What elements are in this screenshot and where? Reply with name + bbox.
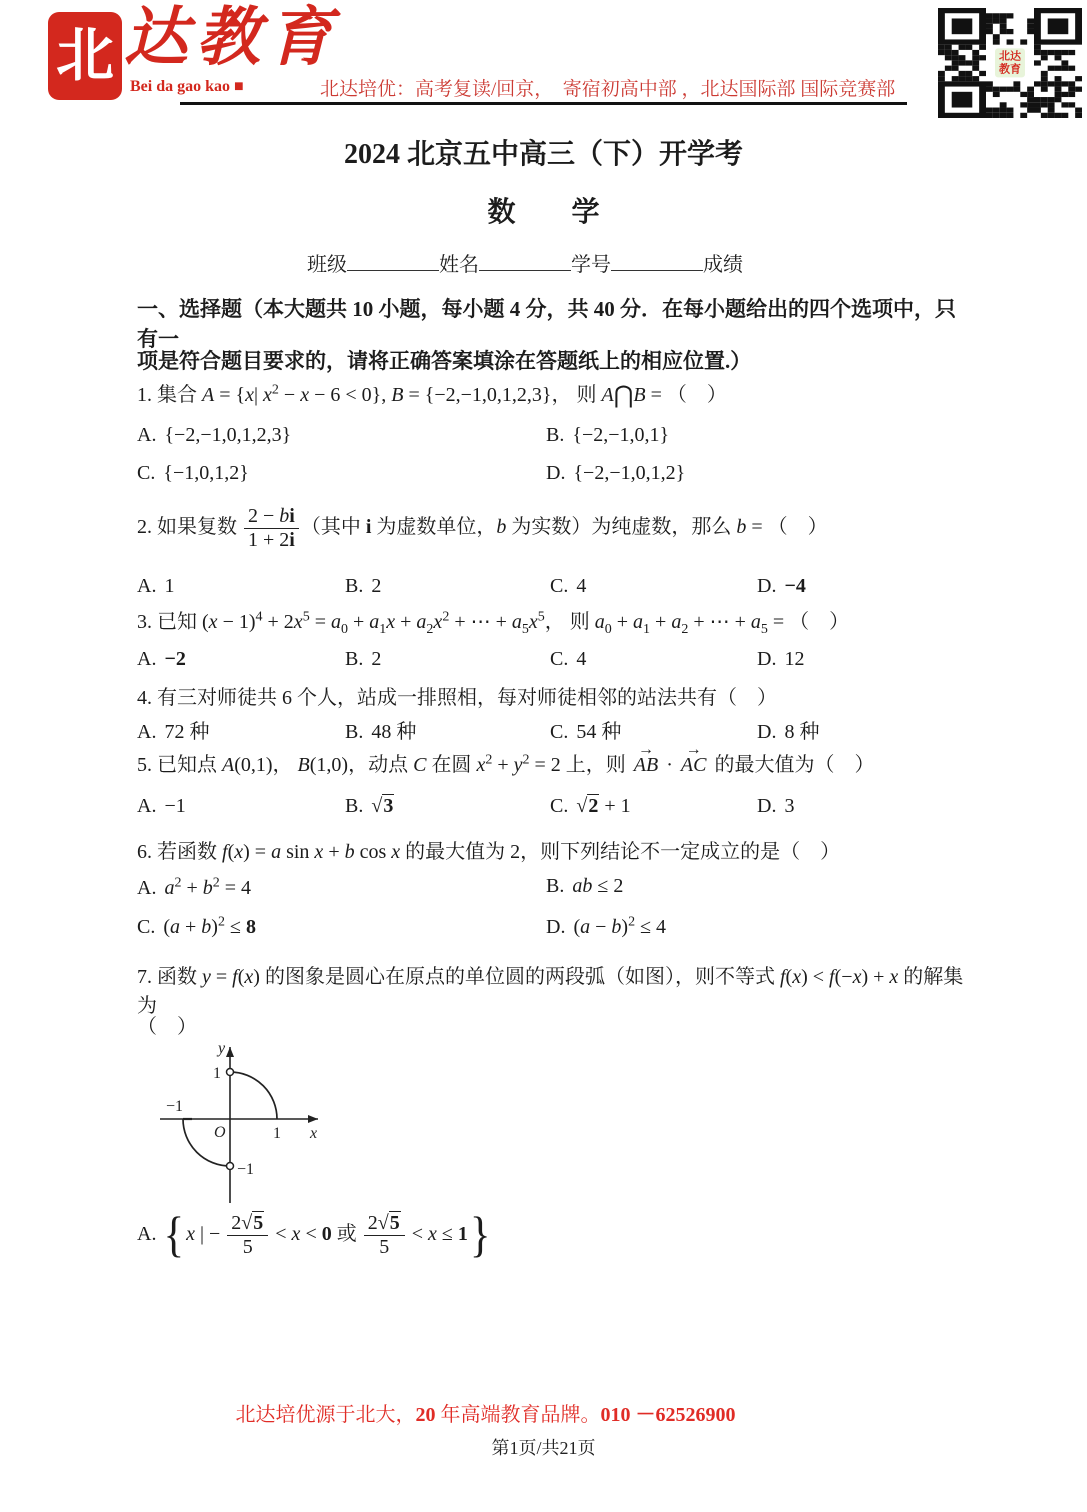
option-value: 4 [576, 648, 586, 670]
option-c: C.4 [550, 575, 757, 598]
option-value: {−2,−1,0,1,2,3} [164, 424, 291, 446]
subject-title: 数 学 [0, 190, 1087, 230]
option-label: A. [137, 721, 156, 743]
exam-title: 2024 北京五中高三（下）开学考 [0, 132, 1087, 172]
option-label: C. [550, 795, 568, 817]
option-b: B.48 种 [345, 715, 550, 744]
option-a: A.a2 + b2 = 4 [137, 875, 546, 900]
option-label: B. [546, 875, 564, 897]
option-b: B.ab ≤ 2 [546, 875, 977, 900]
option-label: B. [546, 424, 564, 446]
option-c: C.{−1,0,1,2} [137, 462, 546, 485]
info-label-score: 成绩 [703, 254, 743, 276]
option-d: D.(a − b)2 ≤ 4 [546, 915, 977, 940]
option-value: −1 [164, 795, 185, 817]
option-label: C. [550, 648, 568, 670]
option-a: A.{−2,−1,0,1,2,3} [137, 424, 546, 447]
open-point-bottom [227, 1163, 234, 1170]
option-a: A.−2 [137, 648, 345, 671]
option-value: {−2,−1,0,1} [572, 424, 669, 446]
question-3-stem: 3. 已知 (x − 1)4 + 2x5 = a0 + a1x + a2x2 +… [137, 605, 967, 638]
info-label-id: 学号 [571, 254, 611, 276]
brand-script-text: 达教育 [124, 6, 340, 70]
option-label: A. [137, 1223, 156, 1245]
qr-label-line1: 北达 [999, 50, 1021, 63]
option-value: (a − b)2 ≤ 4 [573, 916, 666, 938]
question-6-options: A.a2 + b2 = 4 B.ab ≤ 2 C.(a + b)2 ≤ 8 D.… [137, 875, 977, 939]
origin-label: O [214, 1124, 226, 1141]
option-label: D. [757, 648, 776, 670]
question-5-options: A.−1 B.√3 C.√2 + 1 D.3 [137, 795, 977, 818]
option-label: B. [345, 795, 363, 817]
footer-promo: 北达培优源于北大，20 年高端教育品牌。010 －62526900 [0, 1398, 971, 1427]
qr-center-label: 北达 教育 [995, 48, 1025, 77]
option-value: 3 [784, 795, 794, 817]
option-c: C.54 种 [550, 715, 757, 744]
option-label: D. [757, 575, 776, 597]
option-label: B. [345, 721, 363, 743]
option-value: (a + b)2 ≤ 8 [163, 916, 256, 938]
exam-page: 北 达教育 Bei da gao kao ■ 北达培优：高考复读/回京， 寄宿初… [0, 0, 1087, 1512]
brand-subtext: Bei da gao kao ■ [130, 78, 244, 96]
y-axis-label: y [216, 1040, 226, 1057]
qr-code: 北达 教育 [938, 8, 1082, 118]
option-value: 1 [164, 575, 174, 597]
x-neg-one-label: −1 [166, 1098, 183, 1115]
question-3-options: A.−2 B.2 C.4 D.12 [137, 648, 977, 671]
option-label: D. [757, 721, 776, 743]
option-value: ab ≤ 2 [572, 875, 623, 897]
student-info-line: 班级姓名学号成绩 [307, 248, 743, 277]
option-value: 4 [576, 575, 586, 597]
option-value: {−2,−1,0,1,2} [573, 462, 685, 484]
option-label: C. [137, 462, 155, 484]
option-label: C. [137, 916, 155, 938]
option-d: D.3 [757, 795, 977, 818]
option-label: A. [137, 795, 156, 817]
option-label: C. [550, 721, 568, 743]
header-tagline: 北达培优：高考复读/回京， 寄宿初高中部 ，北达国际部 国际竞赛部 [320, 74, 895, 101]
brand-stamp-logo: 北 [50, 14, 120, 98]
option-b: B.{−2,−1,0,1} [546, 424, 977, 447]
option-value: −2 [164, 648, 185, 670]
question-2-stem: 2. 如果复数 2 − bi1 + 2i（其中 i 为虚数单位，b 为实数）为纯… [137, 505, 967, 552]
question-7-option-a: A. {x | − 2√55 < x < 0 或 2√55 < x ≤ 1} [137, 1212, 967, 1259]
option-c: C.4 [550, 648, 757, 671]
x-axis-label: x [309, 1125, 317, 1142]
footer-page-number: 第1页/共21页 [0, 1434, 1087, 1460]
option-value: 2 [371, 648, 381, 670]
section-intro-line2: 项是符合题目要求的，请将正确答案填涂在答题纸上的相应位置.） [137, 345, 967, 375]
option-b: B.2 [345, 648, 550, 671]
question-5-stem: 5. 已知点 A(0,1)， B(1,0)，动点 C 在圆 x2 + y2 = … [137, 748, 967, 777]
option-label: B. [345, 575, 363, 597]
option-label: D. [757, 795, 776, 817]
option-d: D.−4 [757, 575, 977, 598]
question-4-options: A.72 种 B.48 种 C.54 种 D.8 种 [137, 715, 977, 744]
option-value: {−1,0,1,2} [163, 462, 248, 484]
option-value: √2 + 1 [576, 794, 630, 817]
option-value: 54 种 [576, 721, 621, 743]
graph-canvas: y x O 1 1 −1 −1 [142, 1035, 347, 1210]
question-1-options: A.{−2,−1,0,1,2,3} B.{−2,−1,0,1} C.{−1,0,… [137, 424, 977, 485]
option-label: D. [546, 462, 565, 484]
open-point-top [227, 1069, 234, 1076]
option-a: A.72 种 [137, 715, 345, 744]
option-value: −4 [784, 575, 805, 597]
question-2-options: A.1 B.2 C.4 D.−4 [137, 575, 977, 598]
option-a: A.1 [137, 575, 345, 598]
option-b: B.2 [345, 575, 550, 598]
unit-circle-graph: y x O 1 1 −1 −1 [142, 1035, 347, 1210]
info-label-name: 姓名 [439, 254, 479, 276]
header-divider [180, 102, 907, 105]
info-label-class: 班级 [307, 254, 347, 276]
option-b: B.√3 [345, 795, 550, 818]
arc-first-quadrant [230, 1072, 277, 1119]
option-d: D.12 [757, 648, 977, 671]
option-d: D.{−2,−1,0,1,2} [546, 462, 977, 485]
class-blank [347, 250, 439, 271]
option-value: 12 [784, 648, 804, 670]
option-value: √3 [371, 794, 394, 817]
option-label: B. [345, 648, 363, 670]
section-intro-line1: 一、选择题（本大题共 10 小题，每小题 4 分，共 40 分．在每小题给出的四… [137, 293, 967, 353]
option-a: A.−1 [137, 795, 345, 818]
option-label: C. [550, 575, 568, 597]
option-c: C.√2 + 1 [550, 795, 757, 818]
question-1-stem: 1. 集合 A = {x| x2 − x − 6 < 0}, B = {−2,−… [137, 378, 967, 410]
option-c: C.(a + b)2 ≤ 8 [137, 915, 546, 940]
option-label: D. [546, 916, 565, 938]
brand-stamp-char: 北 [56, 27, 114, 85]
x-one-label: 1 [273, 1125, 281, 1142]
x-axis-arrow [308, 1115, 318, 1123]
option-value: 72 种 [164, 721, 209, 743]
option-value: 8 种 [784, 721, 819, 743]
question-6-stem: 6. 若函数 f(x) = a sin x + b cos x 的最大值为 2，… [137, 835, 967, 864]
option-label: A. [137, 877, 156, 899]
y-neg-one-label: −1 [237, 1161, 254, 1178]
y-axis-arrow [226, 1047, 234, 1057]
option-label: A. [137, 648, 156, 670]
option-value: 48 种 [371, 721, 416, 743]
option-label: A. [137, 424, 156, 446]
option-label: A. [137, 575, 156, 597]
qr-label-line2: 教育 [999, 63, 1021, 76]
y-one-label: 1 [213, 1065, 221, 1082]
id-blank [611, 250, 703, 271]
option-value: {x | − 2√55 < x < 0 或 2√55 < x ≤ 1} [161, 1223, 492, 1245]
name-blank [479, 250, 571, 271]
option-value: 2 [371, 575, 381, 597]
option-value: a2 + b2 = 4 [164, 877, 251, 899]
option-d: D.8 种 [757, 715, 977, 744]
question-4-stem: 4. 有三对师徒共 6 个人，站成一排照相，每对师徒相邻的站法共有（ ） [137, 681, 967, 710]
